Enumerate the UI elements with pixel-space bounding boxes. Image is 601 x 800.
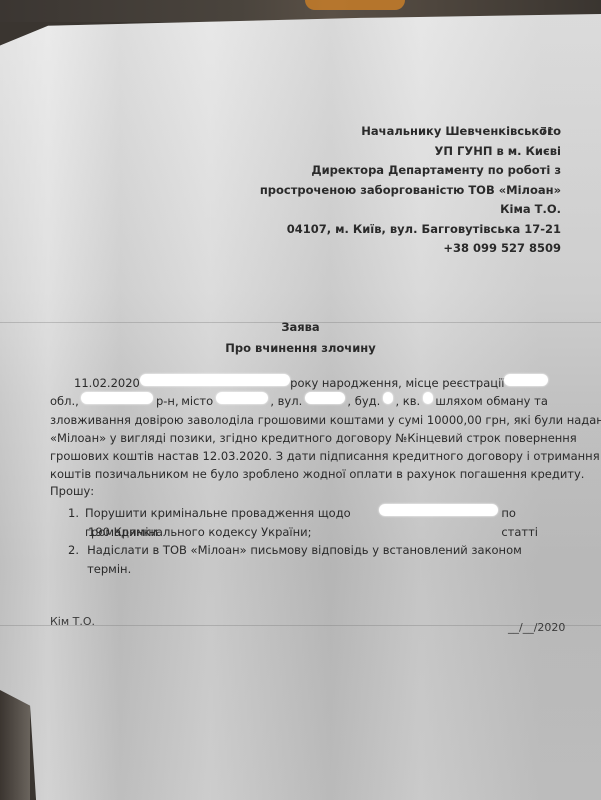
list-item: 2. Надіслати в ТОВ «Мілоан» письмову від… (68, 541, 548, 560)
addressee-line: простроченою заборгованістю ТОВ «Мілоан» (201, 181, 561, 201)
list-text: по статті (501, 504, 548, 523)
redacted-block (504, 374, 548, 386)
redacted-block (81, 392, 153, 404)
body-text: р-н, (156, 392, 179, 410)
list-number: 2. (68, 541, 87, 560)
addressee-line: УП ГУНП в м. Києві (201, 142, 561, 162)
addressee-line: Кіма Т.О. (201, 200, 561, 220)
body-text: року народження, місце реєстрації (290, 374, 504, 392)
body-line: грошових коштів настав 12.03.2020. З дат… (50, 447, 548, 465)
body-line: «Мілоан» у вигляді позики, згідно кредит… (50, 429, 548, 447)
body-text: Кінцевий строк повернення (407, 429, 576, 447)
title-block: Заява Про вчинення злочину (0, 318, 601, 360)
redacted-block (305, 392, 345, 404)
redacted-block (383, 392, 393, 404)
addressee-block: Начальнику Шевченківського УП ГУНП в м. … (201, 122, 561, 259)
list-text: Порушити кримінальне провадження щодо гр… (85, 504, 376, 523)
desk-object (305, 0, 405, 10)
addressee-line: +38 099 527 8509 (201, 239, 561, 259)
list-number: 1. (68, 504, 85, 523)
body-text: коштів позичальником не було зроблено жо… (50, 465, 584, 483)
date-field: __/__/2020 (508, 618, 565, 637)
addressee-line: 04107, м. Київ, вул. Багговутівська 17-2… (201, 220, 561, 240)
redacted-block (423, 392, 433, 404)
addressee-line: Начальнику Шевченківського (201, 122, 561, 142)
request-list: 1. Порушити кримінальне провадження щодо… (68, 504, 548, 560)
document-subtitle: Про вчинення злочину (0, 339, 601, 360)
body-text: , вул. (270, 392, 302, 410)
list-item-continuation: 190 Кримінального кодексу України; (68, 523, 548, 542)
redacted-block (216, 392, 268, 404)
list-text: Надіслати в ТОВ «Мілоан» письмову відпов… (87, 541, 548, 560)
body-text: грошових коштів настав 12.03.2020. З дат… (50, 447, 601, 465)
body-text: «Мілоан» у вигляді позики, згідно кредит… (50, 429, 407, 447)
body-text: обл., (50, 392, 79, 410)
document-title: Заява (0, 318, 601, 339)
body-line: коштів позичальником не було зроблено жо… (50, 465, 548, 483)
list-text: 190 Кримінального кодексу України; (88, 523, 312, 542)
body-text: місто (181, 392, 213, 410)
redacted-block (379, 504, 498, 516)
body-text: шляхом обману та (435, 392, 548, 410)
redacted-block (140, 374, 290, 386)
body-text: , буд. (347, 392, 380, 410)
body-text: зловживання довірою заволоділа грошовими… (50, 411, 601, 429)
body-paragraph: 11.02.2020 року народження, місце реєстр… (50, 374, 548, 484)
body-text: , кв. (395, 392, 420, 410)
body-line: 11.02.2020 року народження, місце реєстр… (50, 374, 548, 392)
body-text: 11.02.2020 (74, 374, 140, 392)
addressee-line: Директора Департаменту по роботі з (201, 161, 561, 181)
request-label: Прошу: (50, 482, 94, 501)
body-line: обл., р-н, місто , вул. , буд. , кв. шля… (50, 392, 548, 410)
body-line: зловживання довірою заволоділа грошовими… (50, 411, 548, 429)
signature-name: Кім Т.О. (50, 612, 95, 631)
list-item: 1. Порушити кримінальне провадження щодо… (68, 504, 548, 523)
